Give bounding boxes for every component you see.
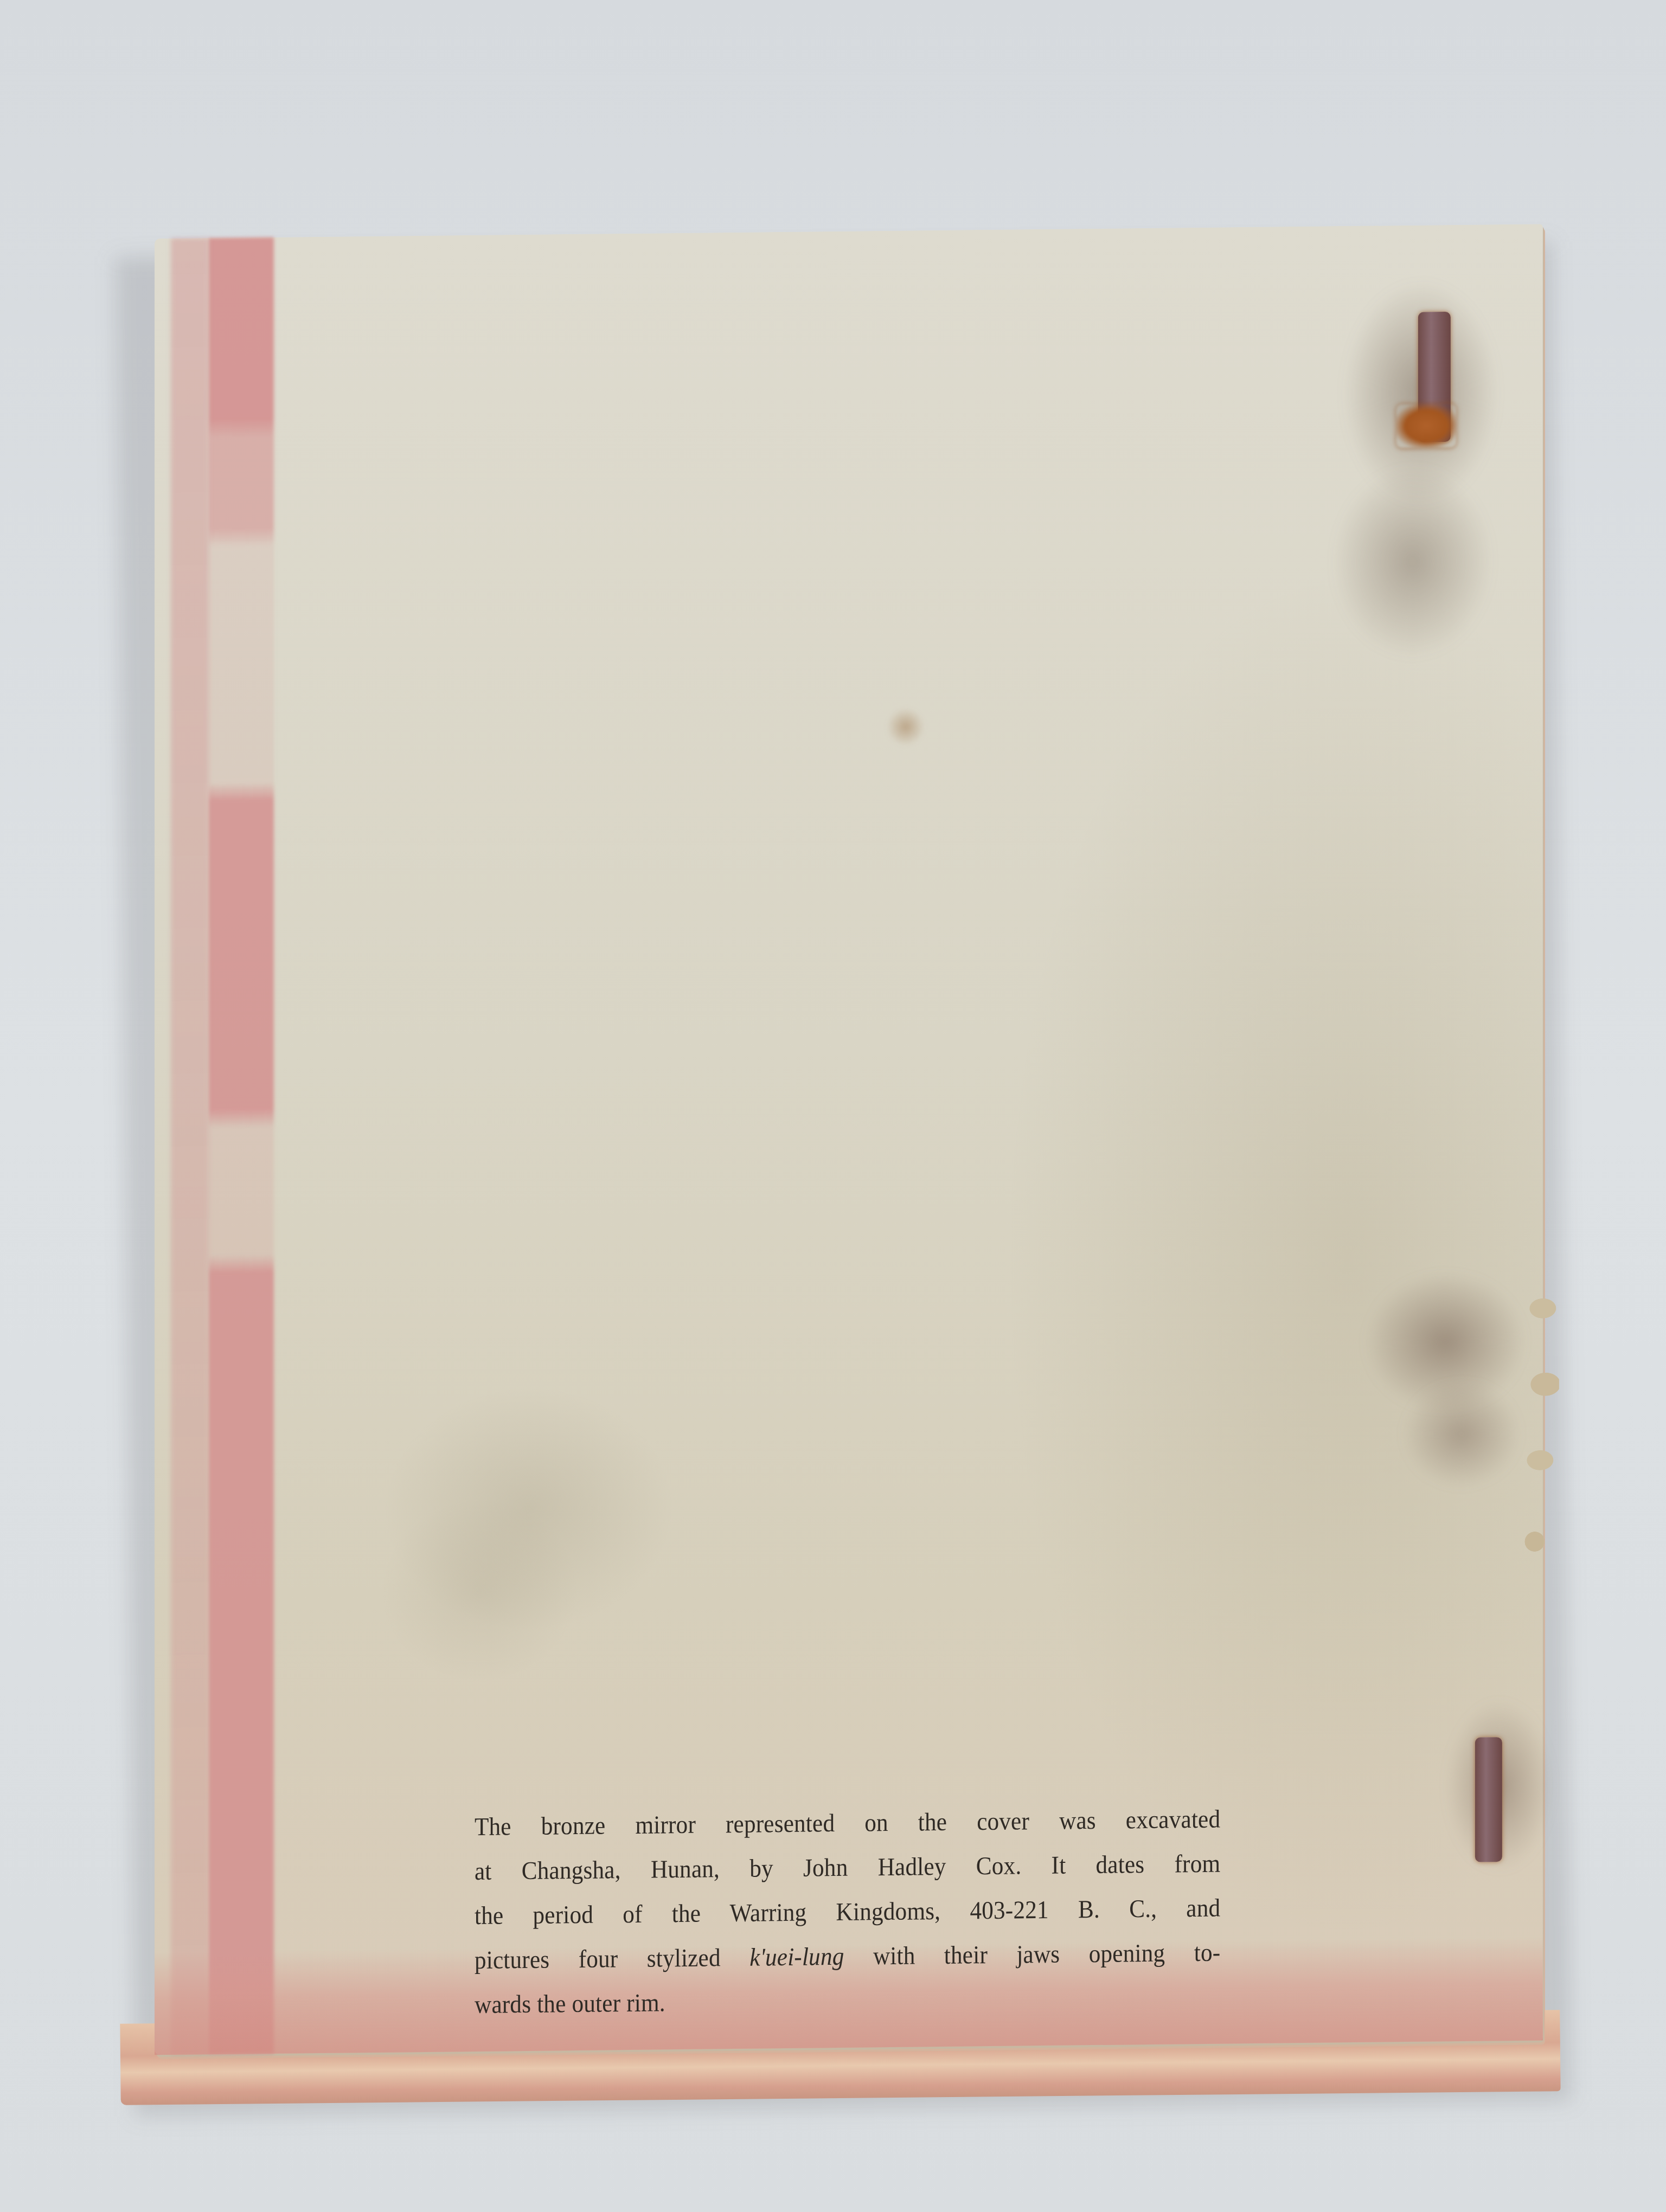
rusted-staple-bottom-icon <box>1475 1737 1502 1862</box>
rust-mark-icon <box>1396 404 1456 448</box>
caption-line-3: the period of the Warring Kingdoms, 403-… <box>475 1886 1220 1938</box>
foxing-spot <box>887 708 925 746</box>
water-stain-middle-lower <box>1402 1379 1521 1489</box>
caption-line-4-post: with their jaws opening to- <box>844 1939 1221 1971</box>
caption-line-4-pre: pictures four stylized <box>475 1944 749 1975</box>
spine-pink-band <box>209 237 274 2054</box>
caption-line-1: The bronze mirror represented on the cov… <box>475 1797 1220 1849</box>
torn-edge <box>1521 1287 1559 1623</box>
italic-term: k'uei-lung <box>749 1943 844 1972</box>
caption-line-4: pictures four stylized k'uei-lung with t… <box>475 1931 1220 1983</box>
photo-scene: The bronze mirror represented on the cov… <box>0 0 1666 2212</box>
caption-line-2: at Changsha, Hunan, by John Hadley Cox. … <box>475 1842 1220 1894</box>
water-stain-top-lower <box>1331 463 1494 660</box>
cover-caption: The bronze mirror represented on the cov… <box>475 1797 1220 2027</box>
booklet-back-cover: The bronze mirror represented on the cov… <box>155 224 1543 2055</box>
caption-line-5: wards the outer rim. <box>475 1975 1220 2027</box>
spine-pink-band-inner <box>171 238 209 2055</box>
